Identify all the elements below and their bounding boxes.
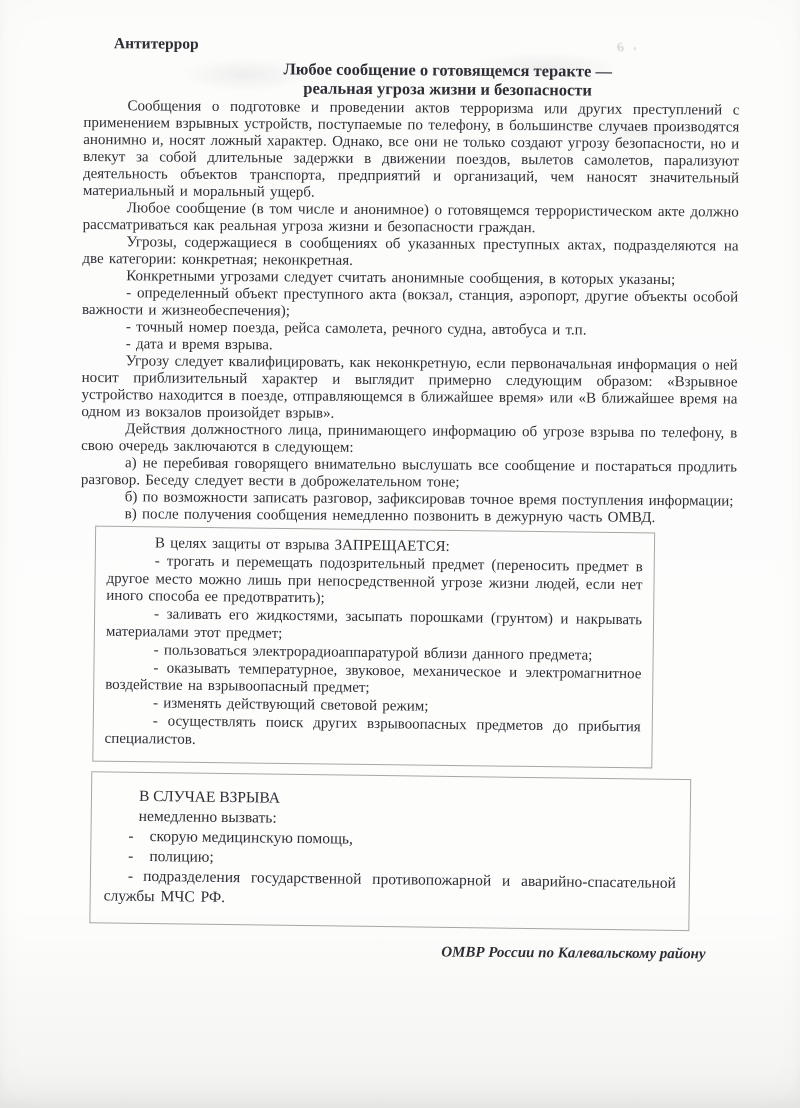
explosion-item: -подразделения государственной противопо… xyxy=(104,866,676,913)
scanned-page: 6 , Антитеррор Любое сообщение о готовящ… xyxy=(0,0,800,1108)
doc-paragraph: Сообщения о подготовке и проведении акто… xyxy=(83,98,740,205)
doc-paragraph: Любое сообщение (в том числе и анонимное… xyxy=(83,200,739,239)
doc-bullet: - определенный объект преступного акта (… xyxy=(82,285,738,324)
doc-list-item-a: а) не перебивая говорящего внимательно в… xyxy=(81,455,737,494)
document-content: Антитеррор Любое сообщение о готовящемся… xyxy=(78,34,740,963)
explosion-item-text: полицию; xyxy=(149,848,214,866)
doc-paragraph: Действия должностного лица, принимающего… xyxy=(81,421,737,460)
doc-title-line2: реальная угроза жизни и безопасности xyxy=(120,77,776,101)
dash-marker: - xyxy=(128,826,133,846)
dash-marker: - xyxy=(128,867,133,884)
doc-paragraph: Угрозы, содержащиеся в сообщениях об ука… xyxy=(82,234,738,273)
doc-list-item-v: в) после получения сообщения немедленно … xyxy=(81,506,737,528)
explosion-item-text: скорую медицинскую помощь, xyxy=(150,828,353,848)
signature-line: ОМВР России по Калевальскому району xyxy=(78,941,734,964)
doc-paragraph: Угрозу следует квалифицировать, как неко… xyxy=(81,353,737,426)
doc-label: Антитеррор xyxy=(114,34,740,57)
in-case-of-explosion-box: В СЛУЧАЕ ВЗРЫВА немедленно вызвать: -ско… xyxy=(89,771,691,931)
prohibited-actions-box: В целях защиты от взрыва ЗАПРЕЩАЕТСЯ: - … xyxy=(92,526,655,768)
dash-marker: - xyxy=(128,846,133,866)
explosion-item-text: подразделения государственной противопож… xyxy=(104,867,676,905)
prohibited-item: - трогать и перемещать подозрительный пр… xyxy=(106,553,643,613)
doc-title: Любое сообщение о готовящемся теракте — … xyxy=(120,58,776,101)
prohibited-item: - осуществлять поиск других взрывоопасны… xyxy=(104,713,640,755)
